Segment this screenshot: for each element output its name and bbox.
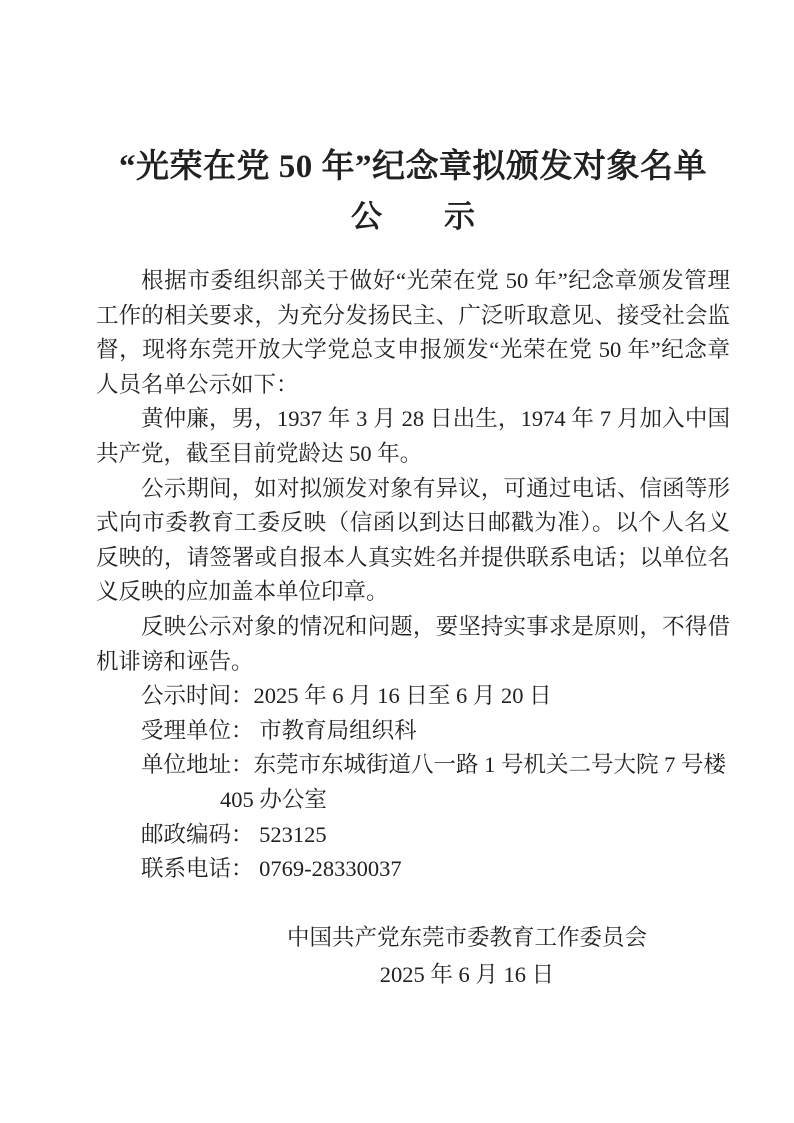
- page-subtitle: 公 示: [96, 199, 730, 235]
- info-line-address-continued: 405 办公室: [96, 783, 730, 818]
- info-line-publicity-period: 公示时间：2025 年 6 月 16 日至 6 月 20 日: [96, 679, 730, 714]
- info-line-phone: 联系电话： 0769-28330037: [96, 852, 730, 887]
- paragraph-truthfulness: 反映公示对象的情况和问题，要坚持实事求是原则，不得借机诽谤和诬告。: [96, 610, 730, 679]
- document-body: 根据市委组织部关于做好“光荣在党 50 年”纪念章颁发管理工作的相关要求，为充分…: [96, 264, 730, 887]
- info-line-accepting-unit: 受理单位： 市教育局组织科: [96, 714, 730, 749]
- signature-org: 中国共产党东莞市委教育工作委员会: [204, 919, 730, 956]
- signature-date: 2025 年 6 月 16 日: [204, 956, 730, 993]
- document-content: “光荣在党 50 年”纪念章拟颁发对象名单 公 示 根据市委组织部关于做好“光荣…: [0, 0, 794, 993]
- paragraph-candidate: 黄仲廉，男，1937 年 3 月 28 日出生，1974 年 7 月加入中国共产…: [96, 402, 730, 471]
- page-title: “光荣在党 50 年”纪念章拟颁发对象名单: [96, 148, 730, 186]
- signature-block: 中国共产党东莞市委教育工作委员会 2025 年 6 月 16 日: [204, 919, 730, 993]
- paragraph-objection-channels: 公示期间，如对拟颁发对象有异议，可通过电话、信函等形式向市委教育工委反映（信函以…: [96, 472, 730, 610]
- info-line-address: 单位地址：东莞市东城街道八一路 1 号机关二号大院 7 号楼: [96, 748, 730, 783]
- info-line-postal-code: 邮政编码： 523125: [96, 818, 730, 853]
- paragraph-basis: 根据市委组织部关于做好“光荣在党 50 年”纪念章颁发管理工作的相关要求，为充分…: [96, 264, 730, 402]
- document-page: “光荣在党 50 年”纪念章拟颁发对象名单 公 示 根据市委组织部关于做好“光荣…: [0, 0, 794, 1123]
